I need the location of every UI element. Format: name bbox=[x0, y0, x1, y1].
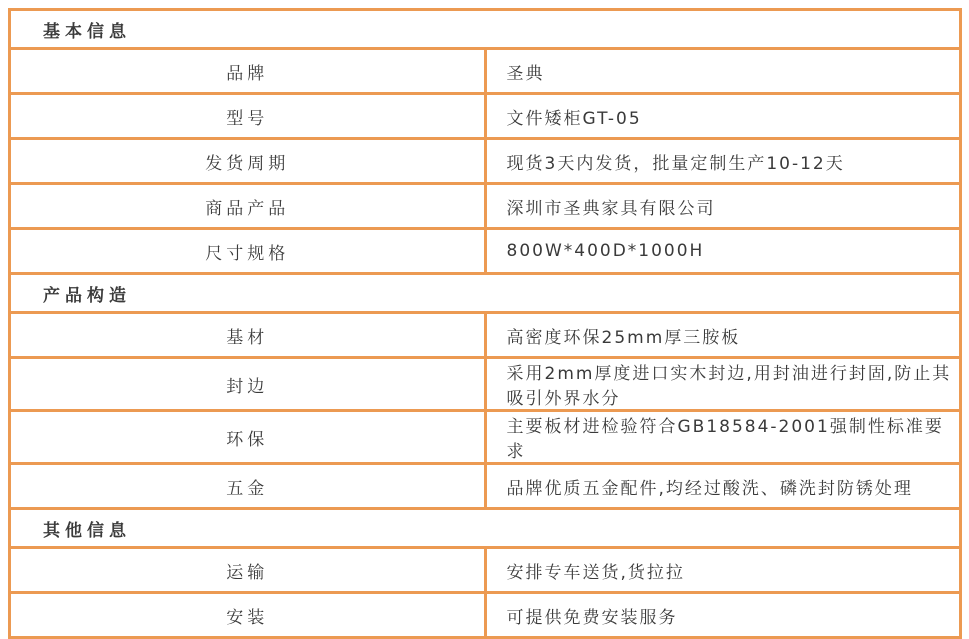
row-value: 文件矮柜GT-05 bbox=[485, 94, 961, 139]
row-label: 型号 bbox=[10, 94, 486, 139]
section-header-row: 其他信息 bbox=[10, 509, 961, 548]
row-label: 封边 bbox=[10, 358, 486, 411]
row-label: 商品产品 bbox=[10, 184, 486, 229]
table-row: 尺寸规格 800W*400D*1000H bbox=[10, 229, 961, 274]
row-value: 圣典 bbox=[485, 49, 961, 94]
row-value: 高密度环保25mm厚三胺板 bbox=[485, 313, 961, 358]
row-value: 采用2mm厚度进口实木封边,用封油进行封固,防止其吸引外界水分 bbox=[485, 358, 961, 411]
row-value: 现货3天内发货，批量定制生产10-12天 bbox=[485, 139, 961, 184]
row-label: 尺寸规格 bbox=[10, 229, 486, 274]
row-value: 800W*400D*1000H bbox=[485, 229, 961, 274]
section-header-row: 产品构造 bbox=[10, 274, 961, 313]
table-row: 发货周期 现货3天内发货，批量定制生产10-12天 bbox=[10, 139, 961, 184]
row-label: 环保 bbox=[10, 411, 486, 464]
row-value: 深圳市圣典家具有限公司 bbox=[485, 184, 961, 229]
table-row: 品牌 圣典 bbox=[10, 49, 961, 94]
table-row: 封边 采用2mm厚度进口实木封边,用封油进行封固,防止其吸引外界水分 bbox=[10, 358, 961, 411]
section-title: 其他信息 bbox=[10, 509, 961, 548]
table-row: 安装 可提供免费安装服务 bbox=[10, 593, 961, 638]
row-label: 发货周期 bbox=[10, 139, 486, 184]
section-header-row: 基本信息 bbox=[10, 10, 961, 49]
row-label: 安装 bbox=[10, 593, 486, 638]
row-label: 五金 bbox=[10, 464, 486, 509]
section-title: 产品构造 bbox=[10, 274, 961, 313]
row-label: 运输 bbox=[10, 548, 486, 593]
table-row: 运输 安排专车送货,货拉拉 bbox=[10, 548, 961, 593]
table-row: 五金 品牌优质五金配件,均经过酸洗、磷洗封防锈处理 bbox=[10, 464, 961, 509]
table-row: 基材 高密度环保25mm厚三胺板 bbox=[10, 313, 961, 358]
row-value: 主要板材进检验符合GB18584-2001强制性标准要求 bbox=[485, 411, 961, 464]
row-label: 基材 bbox=[10, 313, 486, 358]
table-row: 商品产品 深圳市圣典家具有限公司 bbox=[10, 184, 961, 229]
row-value: 安排专车送货,货拉拉 bbox=[485, 548, 961, 593]
row-value: 可提供免费安装服务 bbox=[485, 593, 961, 638]
row-value: 品牌优质五金配件,均经过酸洗、磷洗封防锈处理 bbox=[485, 464, 961, 509]
table-row: 型号 文件矮柜GT-05 bbox=[10, 94, 961, 139]
section-title: 基本信息 bbox=[10, 10, 961, 49]
product-spec-table: 基本信息 品牌 圣典 型号 文件矮柜GT-05 发货周期 现货3天内发货，批量定… bbox=[8, 8, 962, 639]
row-label: 品牌 bbox=[10, 49, 486, 94]
table-row: 环保 主要板材进检验符合GB18584-2001强制性标准要求 bbox=[10, 411, 961, 464]
